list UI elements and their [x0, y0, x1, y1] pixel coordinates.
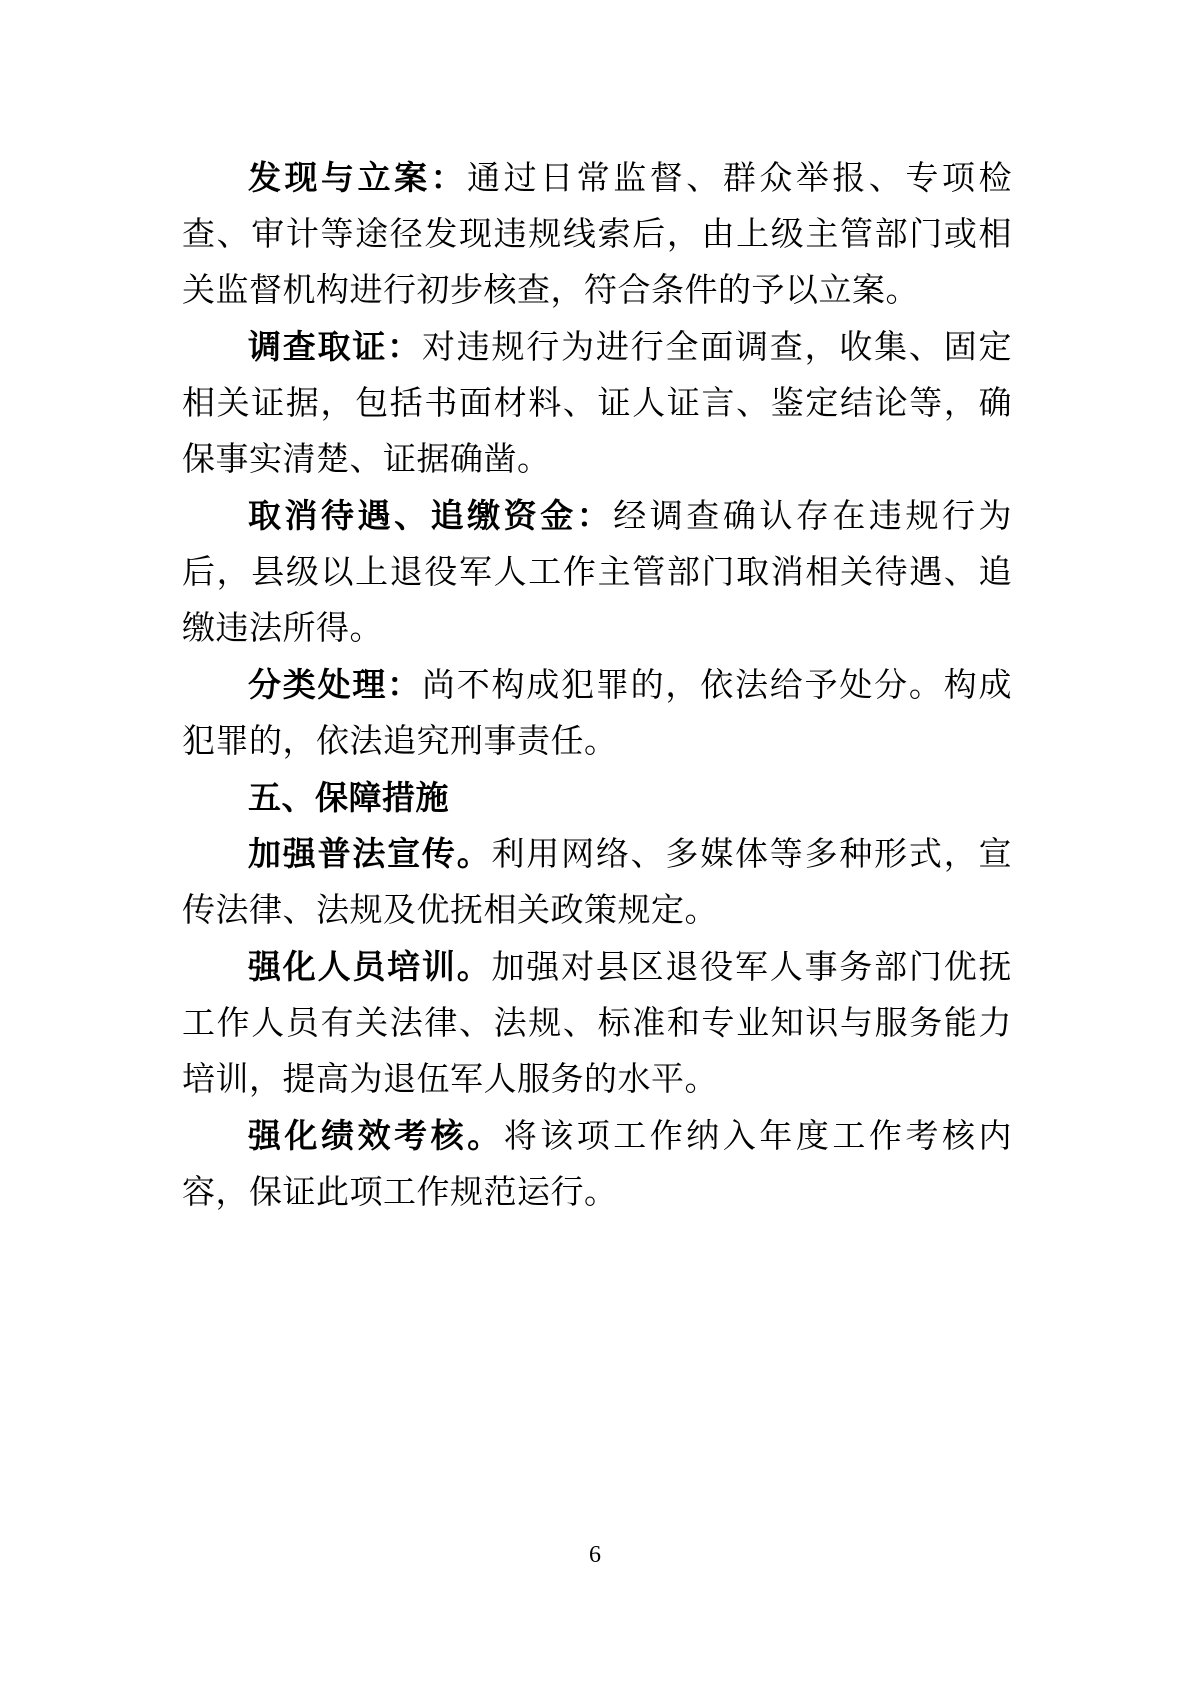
- paragraph: 强化绩效考核。将该项工作纳入年度工作考核内容，保证此项工作规范运行。: [182, 1108, 1012, 1221]
- section-heading: 五、保障措施: [182, 770, 1012, 826]
- paragraph-lead: 分类处理：: [248, 666, 422, 703]
- paragraph: 发现与立案：通过日常监督、群众举报、专项检查、审计等途径发现违规线索后，由上级主…: [182, 150, 1012, 319]
- paragraph-lead: 取消待遇、追缴资金：: [248, 497, 613, 534]
- paragraph-lead: 加强普法宣传。: [248, 835, 492, 872]
- paragraph-lead: 五、保障措施: [248, 779, 449, 816]
- paragraph-lead: 强化人员培训。: [248, 948, 492, 985]
- page-number: 6: [0, 1540, 1190, 1570]
- paragraph-lead: 发现与立案：: [248, 159, 467, 196]
- paragraph: 取消待遇、追缴资金：经调查确认存在违规行为后，县级以上退役军人工作主管部门取消相…: [182, 488, 1012, 657]
- paragraph-lead: 调查取证：: [248, 328, 422, 365]
- paragraph: 加强普法宣传。利用网络、多媒体等多种形式，宣传法律、法规及优抚相关政策规定。: [182, 826, 1012, 939]
- paragraph-lead: 强化绩效考核。: [248, 1117, 504, 1154]
- paragraph: 调查取证：对违规行为进行全面调查，收集、固定相关证据，包括书面材料、证人证言、鉴…: [182, 319, 1012, 488]
- document-page: 发现与立案：通过日常监督、群众举报、专项检查、审计等途径发现违规线索后，由上级主…: [0, 0, 1190, 1683]
- paragraph: 强化人员培训。加强对县区退役军人事务部门优抚工作人员有关法律、法规、标准和专业知…: [182, 939, 1012, 1108]
- paragraph: 分类处理：尚不构成犯罪的，依法给予处分。构成犯罪的，依法追究刑事责任。: [182, 657, 1012, 770]
- document-body: 发现与立案：通过日常监督、群众举报、专项检查、审计等途径发现违规线索后，由上级主…: [182, 150, 1012, 1221]
